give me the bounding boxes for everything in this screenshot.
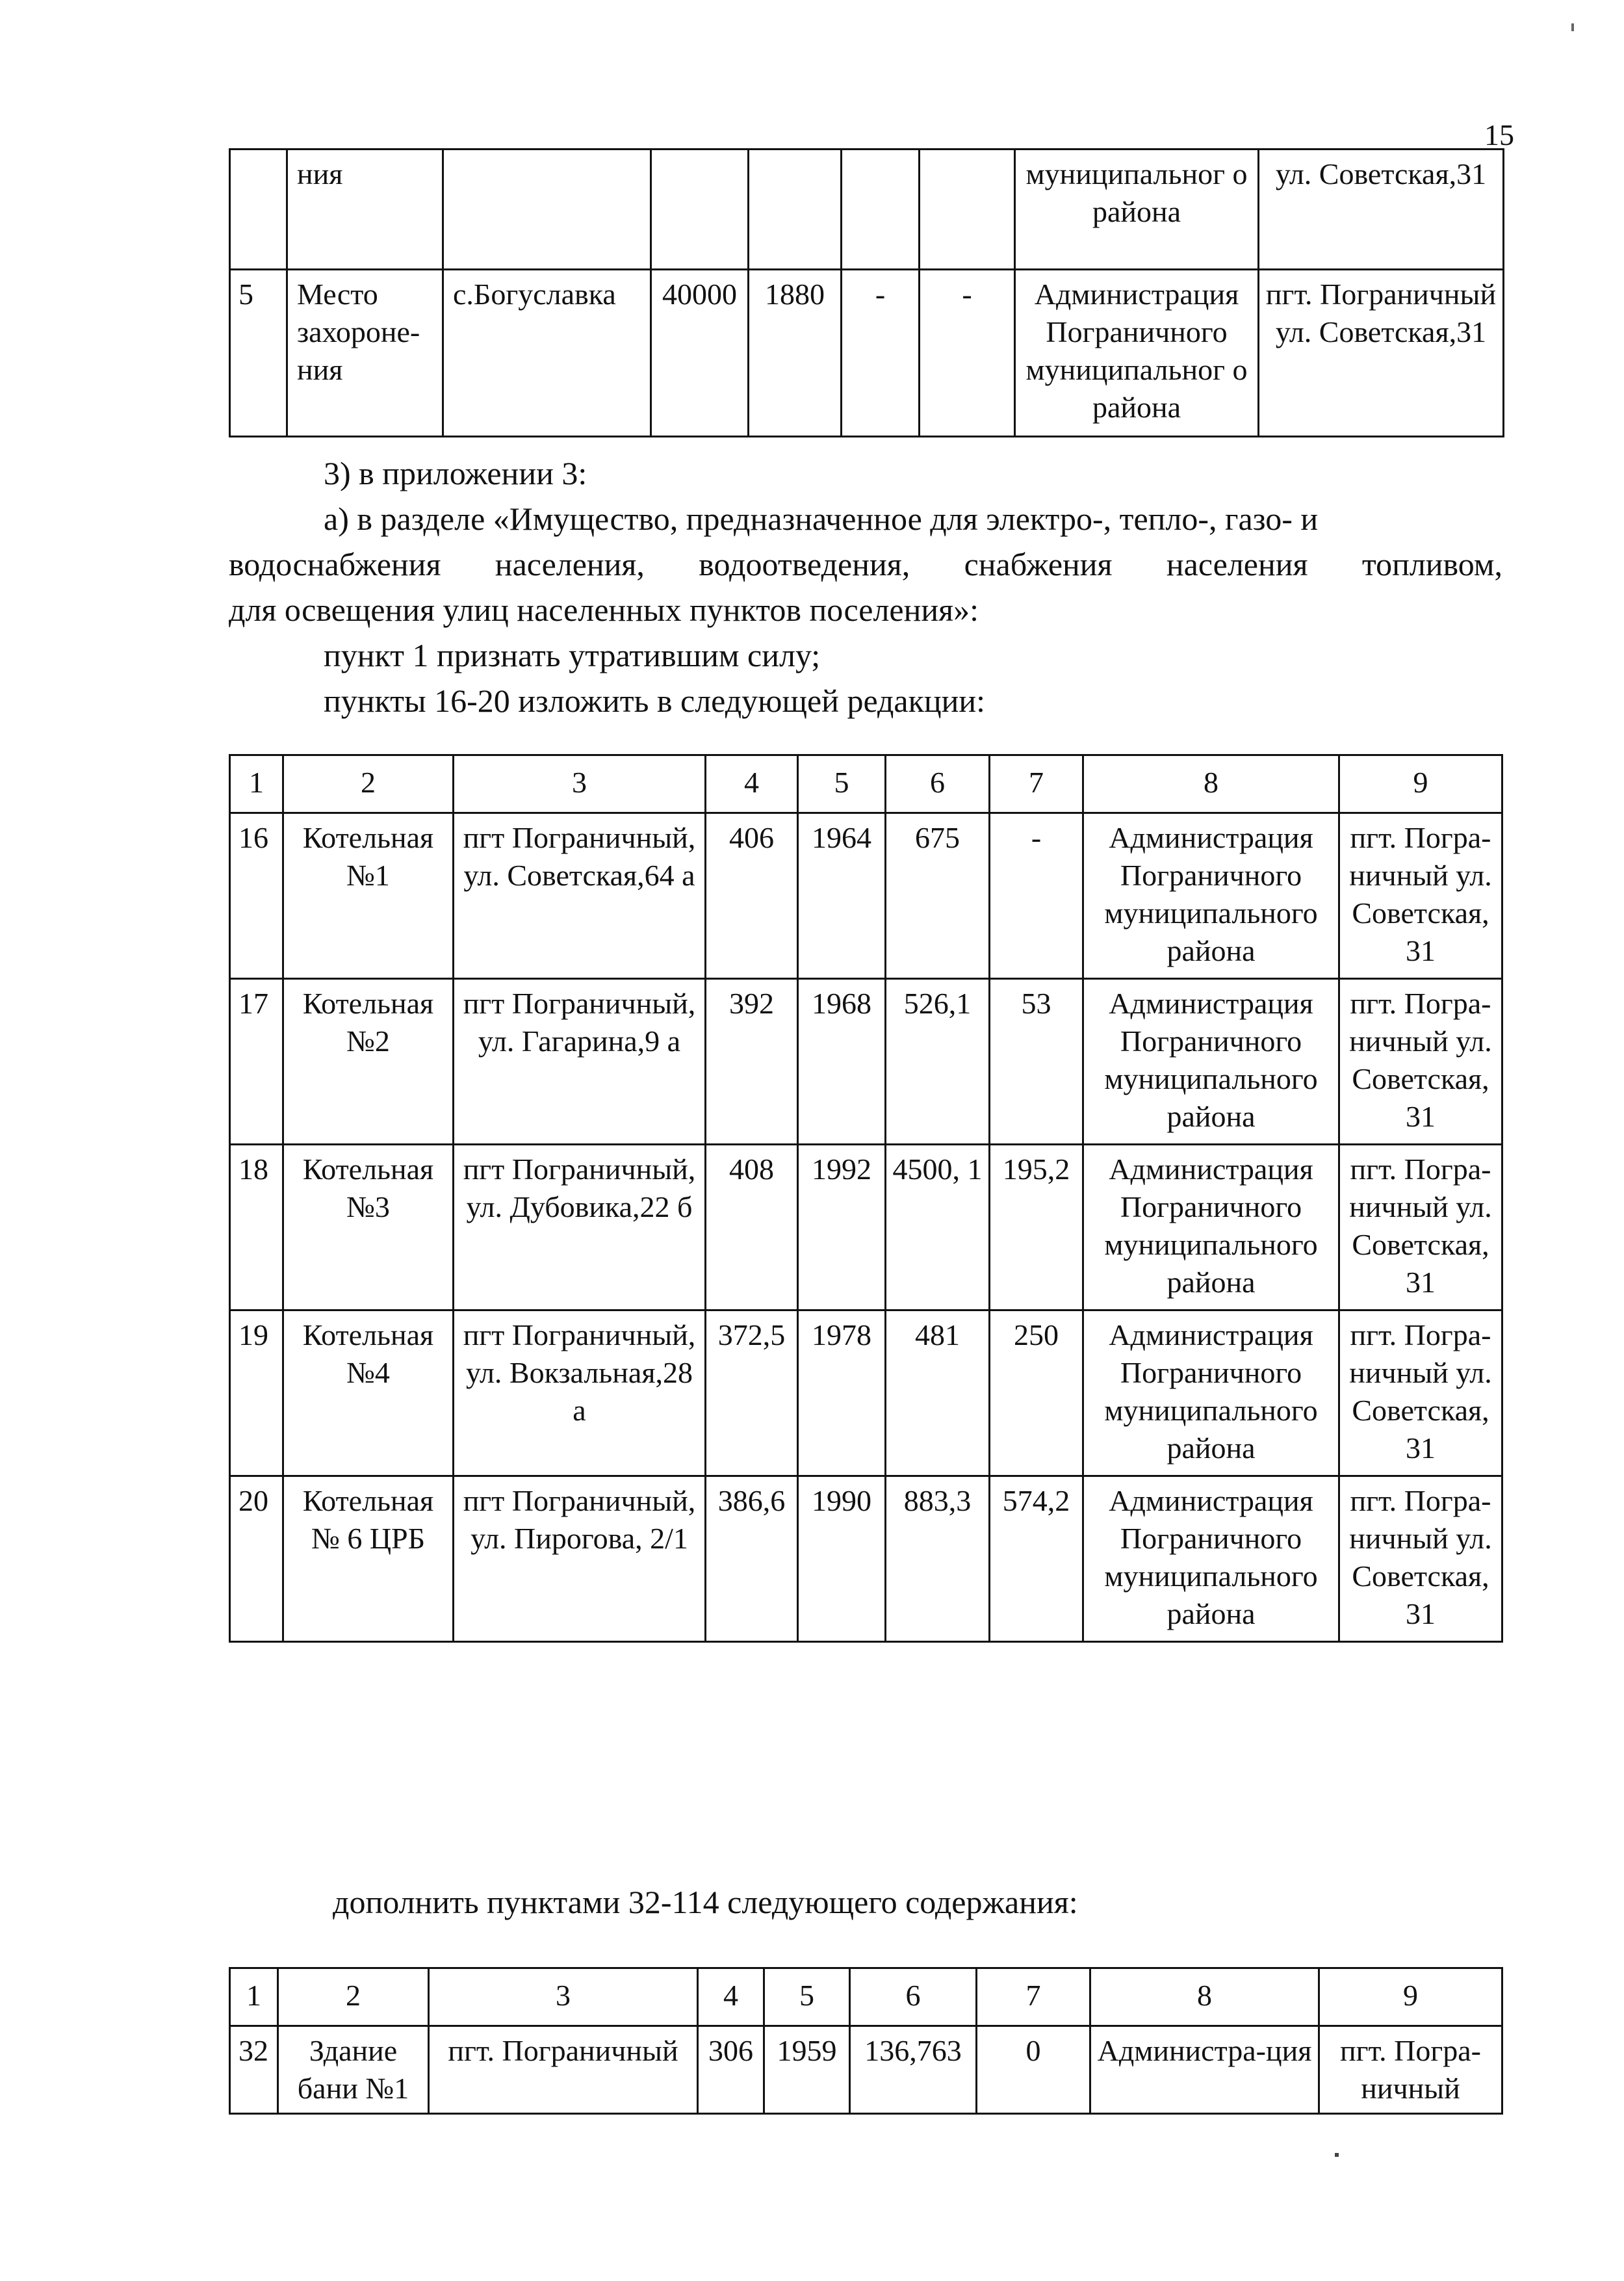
paragraph-section-a-cont: водоснабжения населения, водоотведения, … (229, 546, 1502, 582)
table-row: ния муниципальног о района ул. Советская… (230, 150, 1504, 270)
table-row: 19 Котельная №4 пгт Пограничный, ул. Вок… (230, 1310, 1502, 1476)
table-row: 5 Место захороне-ния с.Богуславка 40000 … (230, 270, 1504, 437)
table-header-row: 1 2 3 4 5 6 7 8 9 (230, 1968, 1502, 2026)
paragraph-items-16-20: пункты 16-20 изложить в следующей редакц… (324, 683, 985, 719)
scan-speck (1571, 23, 1574, 31)
table-header-row: 1 2 3 4 5 6 7 8 9 (230, 755, 1502, 813)
paragraph-items-32-114: дополнить пунктами 32-114 следующего сод… (333, 1884, 1078, 1920)
table-added-items: 1 2 3 4 5 6 7 8 9 32 Здание бани №1 пгт.… (229, 1967, 1503, 2115)
paragraph-section-a: а) в разделе «Имущество, предназначенное… (324, 501, 1318, 537)
scan-speck (1335, 2153, 1339, 2157)
table-burial-sites: ния муниципальног о района ул. Советская… (229, 148, 1504, 437)
paragraph-section-a-end: для освещения улиц населенных пунктов по… (229, 592, 979, 628)
table-row: 16 Котельная №1 пгт Пограничный, ул. Сов… (230, 813, 1502, 979)
table-boiler-houses: 1 2 3 4 5 6 7 8 9 16 Котельная №1 пгт По… (229, 754, 1503, 1643)
table-row: 18 Котельная №3 пгт Пограничный, ул. Дуб… (230, 1145, 1502, 1310)
paragraph-item-1-void: пункт 1 признать утратившим силу; (324, 637, 820, 673)
paragraph-appendix-3: 3) в приложении 3: (324, 455, 587, 491)
table-row: 17 Котельная №2 пгт Пограничный, ул. Гаг… (230, 979, 1502, 1145)
table-row: 20 Котельная № 6 ЦРБ пгт Пограничный, ул… (230, 1476, 1502, 1642)
table-row: 32 Здание бани №1 пгт. Пограничный 306 1… (230, 2026, 1502, 2114)
